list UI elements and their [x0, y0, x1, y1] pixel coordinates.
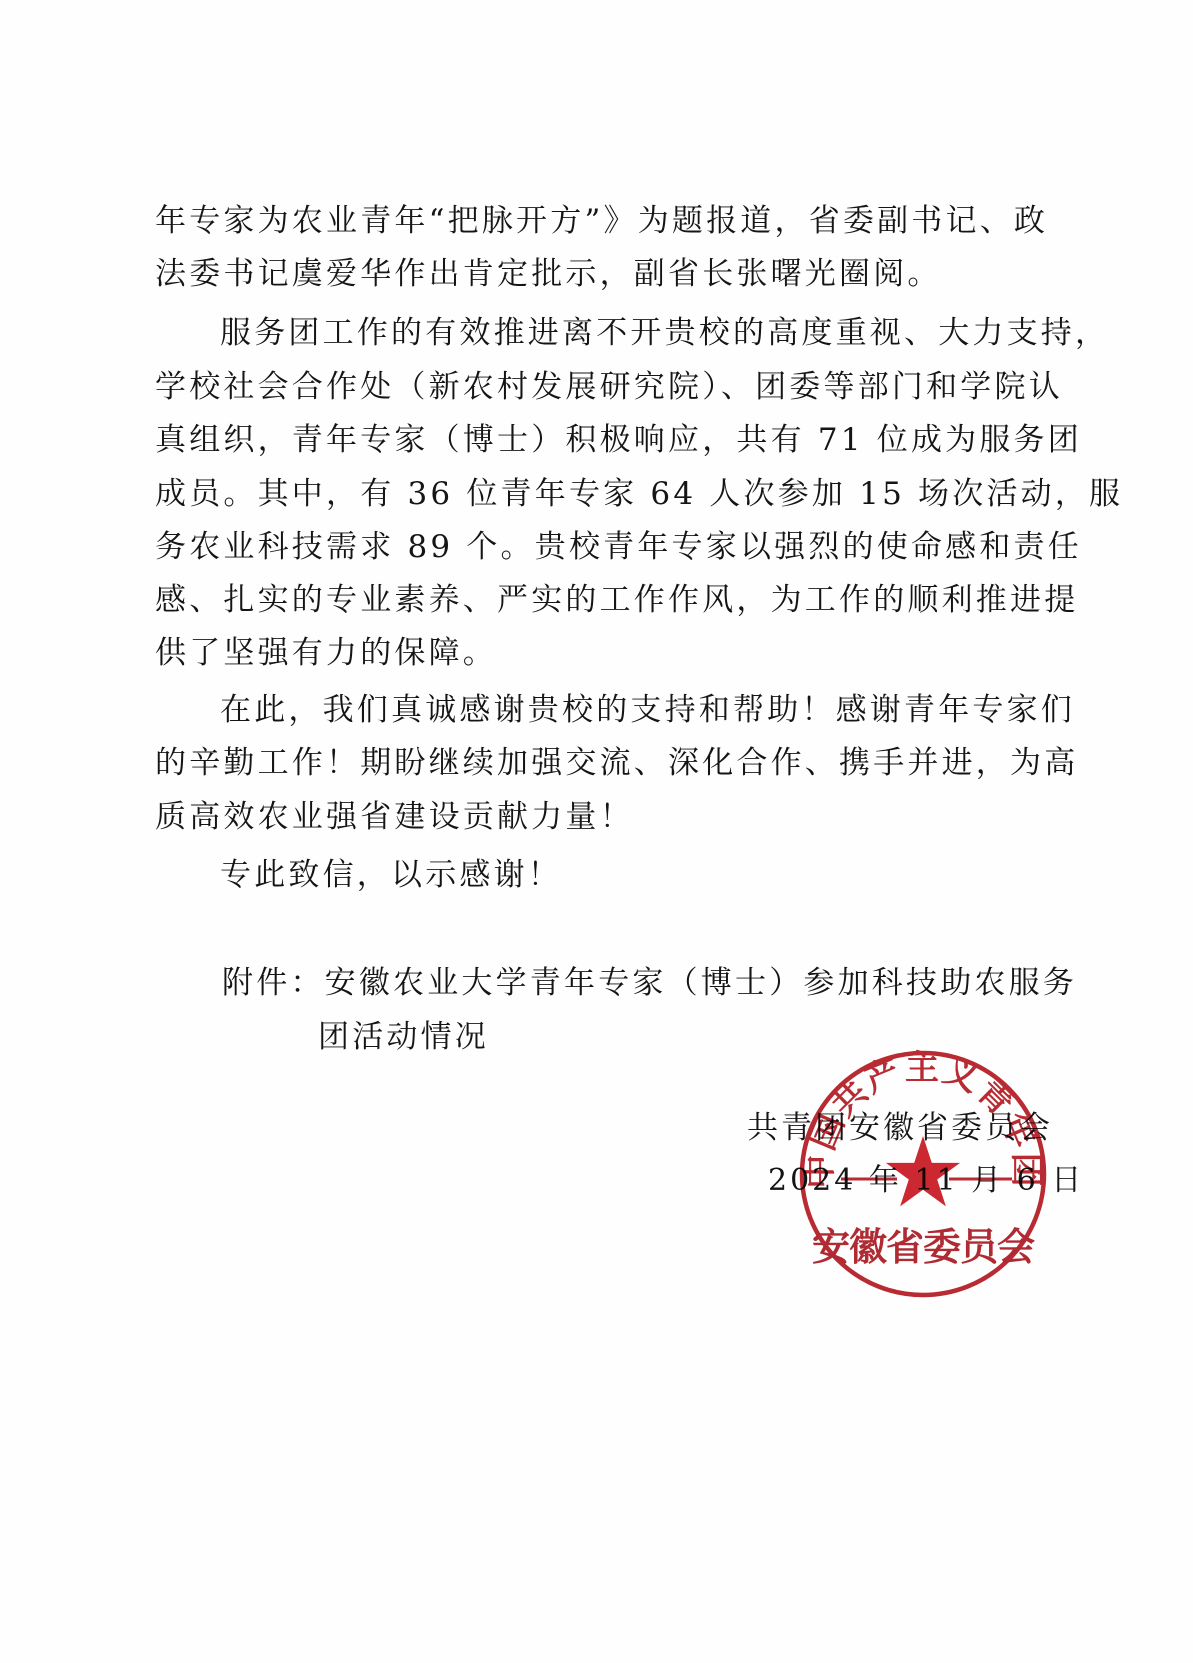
body-line-10: 在此，我们真诚感谢贵校的支持和帮助！感谢青年专家们 [220, 690, 1075, 730]
body-line-3: 服务团工作的有效推进离不开贵校的高度重视、大力支持， [220, 313, 1109, 353]
body-line-8: 感、扎实的专业素养、严实的工作作风，为工作的顺利推进提 [155, 580, 1078, 620]
body-line-1: 年专家为农业青年“把脉开方”》为题报道，省委副书记、政 [155, 201, 1048, 241]
body-line-9: 供了坚强有力的保障。 [155, 633, 497, 673]
body-line-7: 务农业科技需求 89 个。贵校青年专家以强烈的使命感和责任 [155, 527, 1082, 567]
body-line-12: 质高效农业强省建设贡献力量！ [155, 797, 634, 837]
letter-page: 年专家为农业青年“把脉开方”》为题报道，省委副书记、政 法委书记虞爱华作出肯定批… [0, 0, 1193, 1663]
official-seal-stamp: 中国共产主义青年团 安徽省委员会 [797, 1048, 1049, 1300]
closing-line: 专此致信，以示感谢！ [220, 855, 562, 895]
stamp-bottom-text: 安徽省委员会 [812, 1225, 1035, 1269]
body-line-5: 真组织，青年专家（博士）积极响应，共有 71 位成为服务团 [155, 420, 1082, 460]
body-line-6: 成员。其中，有 36 位青年专家 64 人次参加 15 场次活动，服 [155, 474, 1123, 514]
attachment-line-1: 附件：安徽农业大学青年专家（博士）参加科技助农服务 [222, 963, 1077, 1003]
attachment-line-2: 团活动情况 [318, 1017, 489, 1057]
star-icon [886, 1136, 960, 1206]
body-line-4: 学校社会合作处（新农村发展研究院）、团委等部门和学院认 [155, 367, 1063, 407]
body-line-2: 法委书记虞爱华作出肯定批示，副省长张曙光圈阅。 [155, 254, 942, 294]
body-line-11: 的辛勤工作！期盼继续加强交流、深化合作、携手并进，为高 [155, 743, 1078, 783]
